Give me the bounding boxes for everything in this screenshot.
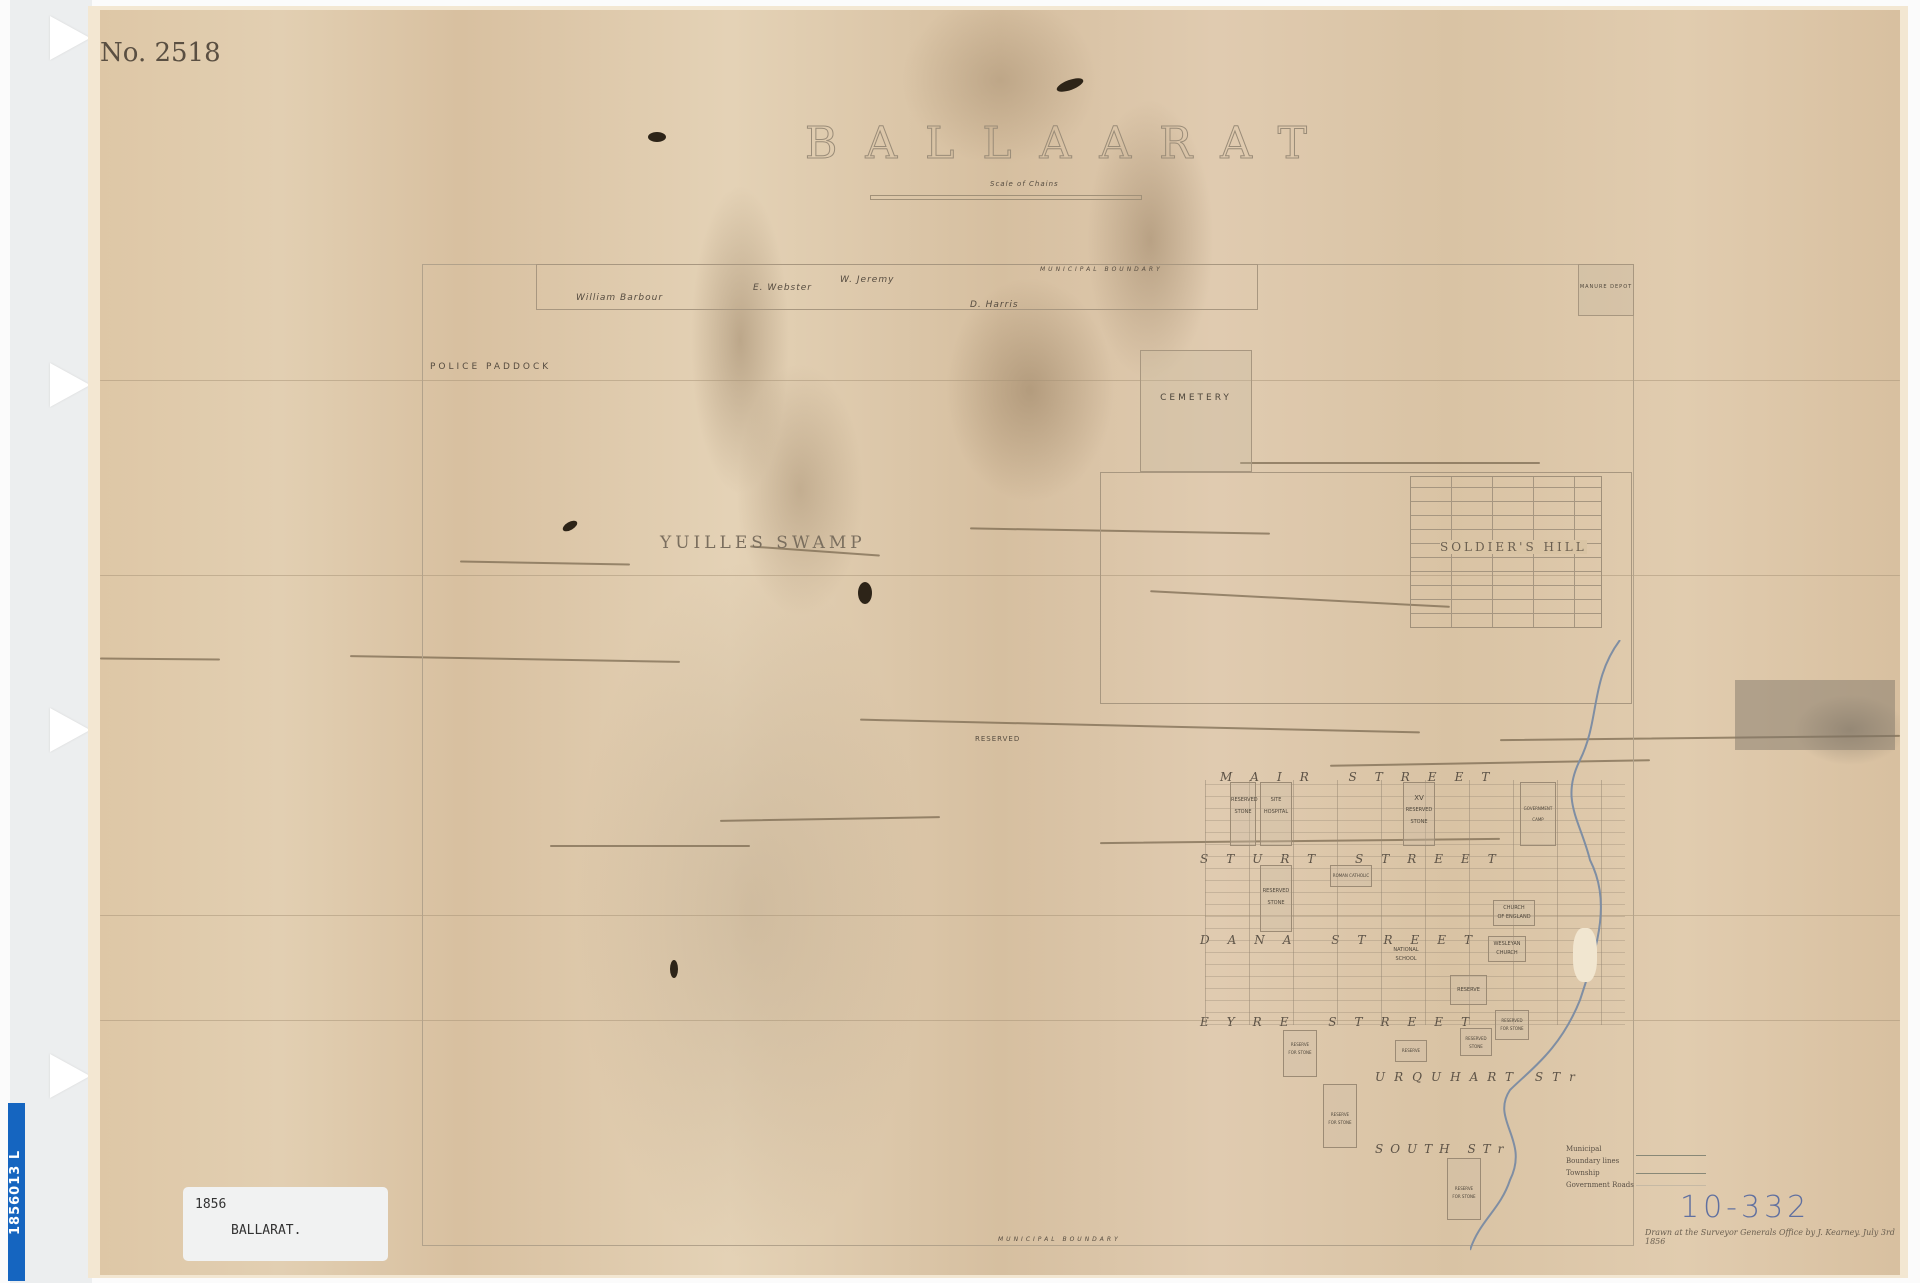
block-label: STONE xyxy=(1404,817,1434,828)
block-label: FOR STONE xyxy=(1284,1047,1316,1058)
soldiers-hill-label: SOLDIER'S HILL xyxy=(1440,540,1587,554)
reserve-stone-block: RESERVE FOR STONE xyxy=(1323,1084,1357,1148)
scale-bar xyxy=(870,195,1142,200)
block-label: SCHOOL xyxy=(1388,954,1424,965)
tab-arrow-icon xyxy=(50,1054,90,1098)
sticker-year: 1856 xyxy=(195,1197,226,1212)
map-legend: Municipal Boundary lines Township Govern… xyxy=(1566,1143,1706,1191)
manure-depot-block: MANURE DEPOT xyxy=(1578,264,1634,316)
allotment-owner: W. Jeremy xyxy=(840,275,894,285)
national-school-block: NATIONAL SCHOOL xyxy=(1388,943,1424,969)
swamp-label: YUILLES SWAMP xyxy=(660,533,866,553)
tab-arrow-icon xyxy=(50,708,90,752)
police-paddock-label: POLICE PADDOCK xyxy=(430,362,551,372)
reserved-stone-block: RESERVED STONE xyxy=(1230,782,1256,846)
reserve-block: RESERVE xyxy=(1395,1040,1427,1062)
block-label: HOSPITAL xyxy=(1261,807,1291,818)
top-allotment-row xyxy=(536,264,1258,310)
ink-blot xyxy=(1055,76,1085,95)
paper-tear xyxy=(1573,928,1597,982)
block-label: SITE xyxy=(1261,795,1291,806)
cemetery-block: CEMETERY xyxy=(1140,350,1252,472)
reference-number: 10-332 xyxy=(1680,1190,1810,1225)
block-label: RESERVED xyxy=(1261,886,1291,897)
map-title: BALLAARAT xyxy=(805,118,1335,169)
reserve-stone-block: RESERVE FOR STONE xyxy=(1283,1030,1317,1077)
catalog-sticker: 1856 BALLARAT. xyxy=(183,1187,388,1261)
paper-crack xyxy=(100,657,220,660)
allotment-owner: D. Harris xyxy=(970,300,1019,310)
drawn-by-note: Drawn at the Surveyor Generals Office by… xyxy=(1645,1228,1900,1246)
reserved-stone-xv-block: XV RESERVED STONE xyxy=(1403,782,1435,846)
survey-boundary xyxy=(422,264,1634,1246)
roman-catholic-block: ROMAN CATHOLIC xyxy=(1330,865,1372,887)
repaired-patch xyxy=(1735,680,1895,750)
barcode-label: 1856013 L xyxy=(8,1103,25,1281)
map-paper: BALLAARAT Scale of Chains MUNICIPAL BOUN… xyxy=(100,10,1900,1275)
block-label: FOR STONE xyxy=(1324,1117,1356,1128)
block-label: STONE xyxy=(1231,807,1255,818)
block-label: RESERVED xyxy=(1231,795,1255,806)
block-label: XV xyxy=(1404,793,1434,804)
allotment-owner: William Barbour xyxy=(576,293,663,303)
sheet-number: No. 2518 xyxy=(100,38,221,68)
tab-arrow-icon xyxy=(50,16,90,60)
manure-depot-label: MANURE DEPOT xyxy=(1579,282,1633,293)
block-label: STONE xyxy=(1261,898,1291,909)
scale-caption: Scale of Chains xyxy=(990,180,1059,188)
municipal-boundary-bottom-label: MUNICIPAL BOUNDARY xyxy=(998,1236,1121,1243)
ink-blot xyxy=(648,132,666,142)
block-label: RESERVE xyxy=(1396,1045,1426,1056)
legend-label: Township xyxy=(1566,1167,1636,1179)
reserved-stone-block: RESERVED STONE xyxy=(1260,865,1292,932)
allotment-owner: E. Webster xyxy=(753,283,812,293)
tab-arrow-icon xyxy=(50,363,90,407)
legend-label: Government Roads xyxy=(1566,1179,1636,1191)
scanner-tab-strip xyxy=(10,0,92,1283)
legend-label: Municipal Boundary lines xyxy=(1566,1143,1636,1167)
block-label: ROMAN CATHOLIC xyxy=(1331,870,1371,881)
reserved-label: RESERVED xyxy=(975,735,1020,743)
block-label: RESERVED xyxy=(1404,805,1434,816)
cemetery-label: CEMETERY xyxy=(1141,393,1251,404)
site-hospital-block: SITE HOSPITAL xyxy=(1260,782,1292,846)
sticker-name: BALLARAT. xyxy=(231,1223,301,1238)
